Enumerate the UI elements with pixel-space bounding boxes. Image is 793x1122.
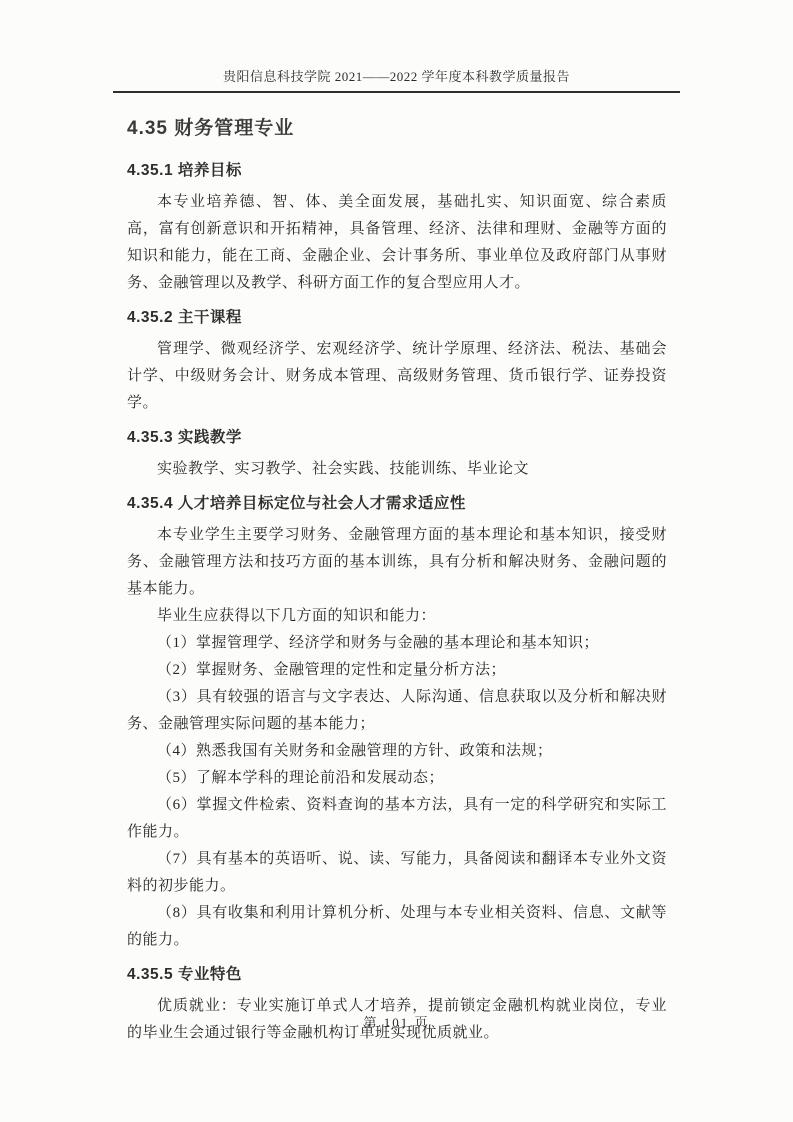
list-item-3: （3）具有较强的语言与文字表达、人际沟通、信息获取以及分析和解决财务、金融管理实… bbox=[127, 684, 667, 738]
section-heading-training-objectives: 4.35.1 培养目标 bbox=[127, 160, 667, 182]
paragraph: 毕业生应获得以下几方面的知识和能力： bbox=[127, 603, 667, 630]
list-item-6: （6）掌握文件检索、资料查询的基本方法，具有一定的科学研究和实际工作能力。 bbox=[127, 792, 667, 846]
list-item-7: （7）具有基本的英语听、说、读、写能力，具备阅读和翻译本专业外文资料的初步能力。 bbox=[127, 846, 667, 900]
page-content: 4.35 财务管理专业 4.35.1 培养目标 本专业培养德、智、体、美全面发展… bbox=[127, 110, 667, 1047]
page-title: 4.35 财务管理专业 bbox=[127, 116, 667, 142]
list-item-4: （4）熟悉我国有关财务和金融管理的方针、政策和法规； bbox=[127, 738, 667, 765]
paragraph: 本专业学生主要学习财务、金融管理方面的基本理论和基本知识，接受财务、金融管理方法… bbox=[127, 522, 667, 603]
section-heading-main-courses: 4.35.2 主干课程 bbox=[127, 307, 667, 329]
section-heading-practical-teaching: 4.35.3 实践教学 bbox=[127, 427, 667, 449]
page-number: 第 101 页 bbox=[363, 1015, 429, 1030]
page-header: 贵阳信息科技学院 2021——2022 学年度本科教学质量报告 bbox=[113, 66, 680, 93]
document-page: 贵阳信息科技学院 2021——2022 学年度本科教学质量报告 4.35 财务管… bbox=[0, 0, 793, 1122]
paragraph: 本专业培养德、智、体、美全面发展，基础扎实、知识面宽、综合素质高，富有创新意识和… bbox=[127, 189, 667, 297]
list-item-1: （1）掌握管理学、经济学和财务与金融的基本理论和基本知识； bbox=[127, 630, 667, 657]
header-title: 贵阳信息科技学院 2021——2022 学年度本科教学质量报告 bbox=[223, 69, 570, 84]
paragraph: 实验教学、实习教学、社会实践、技能训练、毕业论文 bbox=[127, 456, 667, 483]
list-item-2: （2）掌握财务、金融管理的定性和定量分析方法； bbox=[127, 657, 667, 684]
section-heading-major-features: 4.35.5 专业特色 bbox=[127, 964, 667, 986]
list-item-5: （5）了解本学科的理论前沿和发展动态； bbox=[127, 765, 667, 792]
page-footer: 第 101 页 bbox=[0, 1012, 793, 1031]
list-item-8: （8）具有收集和利用计算机分析、处理与本专业相关资料、信息、文献等的能力。 bbox=[127, 900, 667, 954]
section-heading-talent-demand-fit: 4.35.4 人才培养目标定位与社会人才需求适应性 bbox=[127, 493, 667, 515]
paragraph: 管理学、微观经济学、宏观经济学、统计学原理、经济法、税法、基础会计学、中级财务会… bbox=[127, 336, 667, 417]
